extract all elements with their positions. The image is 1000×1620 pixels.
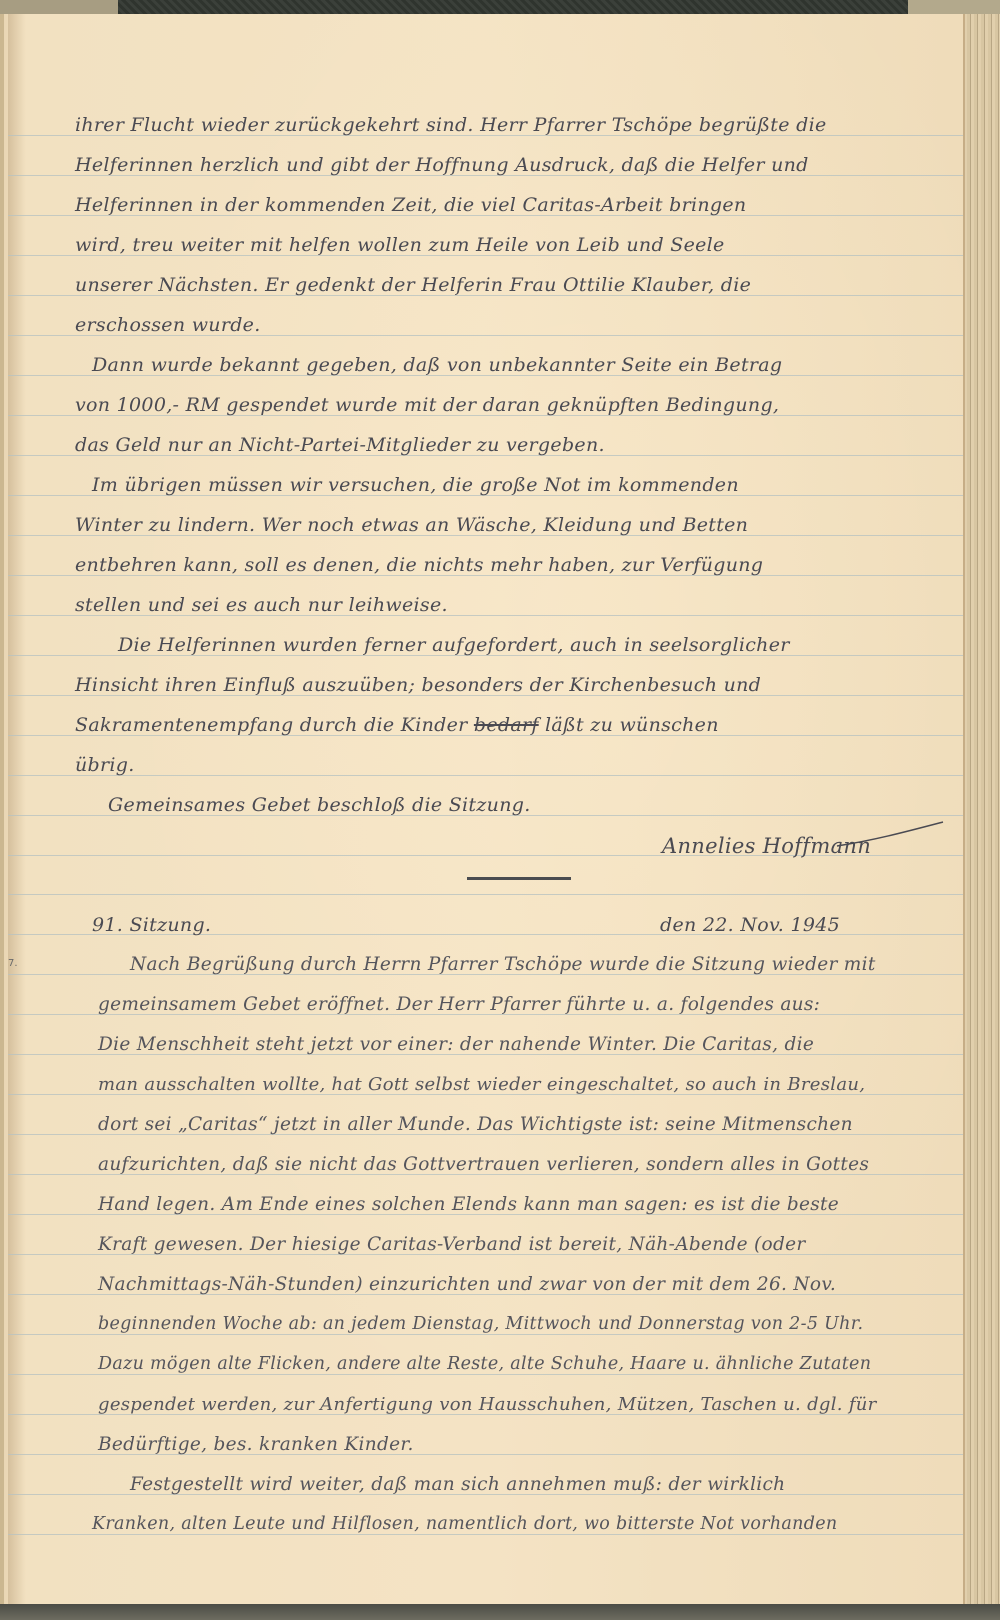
handwritten-line: Kraft gewesen. Der hiesige Caritas-Verba… xyxy=(98,1236,806,1255)
handwritten-line: entbehren kann, soll es denen, die nicht… xyxy=(75,556,763,575)
handwritten-line: erschossen wurde. xyxy=(75,316,261,335)
handwritten-line: übrig. xyxy=(75,756,135,775)
handwritten-line: das Geld nur an Nicht-Partei-Mitglieder … xyxy=(75,436,605,455)
handwritten-line: Nachmittags-Näh-Stunden) einzurichten un… xyxy=(98,1276,836,1295)
handwritten-line: stellen und sei es auch nur leihweise. xyxy=(75,596,448,615)
handwritten-line: Helferinnen in der kommenden Zeit, die v… xyxy=(75,196,746,215)
cover-corner-right xyxy=(908,0,1000,14)
book-bottom-edge xyxy=(0,1604,1000,1620)
handwritten-line: Hand legen. Am Ende eines solchen Elends… xyxy=(98,1196,839,1215)
handwritten-line: wird, treu weiter mit helfen wollen zum … xyxy=(75,236,725,255)
handwritten-line: Kranken, alten Leute und Hilflosen, name… xyxy=(92,1516,837,1534)
handwritten-line: Sakramentenempfang durch die Kinder beda… xyxy=(75,716,719,735)
handwritten-line: Helferinnen herzlich und gibt der Hoffnu… xyxy=(75,156,809,175)
book-cover-spine xyxy=(118,0,908,14)
handwritten-line: beginnenden Woche ab: an jedem Dienstag,… xyxy=(98,1316,863,1334)
signature-flourish xyxy=(835,820,945,850)
ruled-line xyxy=(8,1534,963,1535)
handwritten-line: unserer Nächsten. Er gedenkt der Helferi… xyxy=(75,276,751,295)
ruled-line xyxy=(8,1374,963,1375)
handwritten-line: Die Menschheit steht jetzt vor einer: de… xyxy=(98,1036,814,1055)
gutter-shadow xyxy=(8,14,26,1604)
cover-corner-left xyxy=(0,0,118,14)
handwritten-line: Dann wurde bekannt gegeben, daß von unbe… xyxy=(92,356,782,375)
ruled-line xyxy=(8,894,963,895)
notebook-photo: ihrer Flucht wieder zurückgekehrt sind. … xyxy=(0,0,1000,1620)
meeting-date: den 22. Nov. 1945 xyxy=(660,916,840,935)
handwritten-line: Bedürftige, bes. kranken Kinder. xyxy=(98,1436,414,1455)
text-fragment: läßt zu wünschen xyxy=(545,714,719,736)
handwritten-line: Festgestellt wird weiter, daß man sich a… xyxy=(130,1476,785,1495)
struck-out-word: bedarf xyxy=(474,714,539,736)
ruled-line xyxy=(8,775,963,776)
page-stack-edges xyxy=(960,14,1000,1604)
handwritten-line: Hinsicht ihren Einfluß auszuüben; besond… xyxy=(75,676,761,695)
handwritten-line: Die Helferinnen wurden ferner aufgeforde… xyxy=(118,636,790,655)
handwritten-line: gespendet werden, zur Anfertigung von Ha… xyxy=(98,1396,877,1414)
handwritten-line: man ausschalten wollte, hat Gott selbst … xyxy=(98,1076,865,1094)
handwritten-line: von 1000,- RM gespendet wurde mit der da… xyxy=(75,396,779,415)
handwritten-line: Winter zu lindern. Wer noch etwas an Wäs… xyxy=(75,516,748,535)
ruled-line xyxy=(8,1334,963,1335)
meeting-heading: 91. Sitzung. xyxy=(92,916,211,935)
handwritten-line: dort sei „Caritas“ jetzt in aller Munde.… xyxy=(98,1116,853,1135)
handwritten-line: ihrer Flucht wieder zurückgekehrt sind. … xyxy=(75,116,827,135)
closing-line: Gemeinsames Gebet beschloß die Sitzung. xyxy=(108,796,531,815)
handwritten-line: Dazu mögen alte Flicken, andere alte Res… xyxy=(98,1356,871,1374)
handwritten-line: gemeinsamem Gebet eröffnet. Der Herr Pfa… xyxy=(98,996,820,1015)
margin-mark: 7. xyxy=(8,958,18,969)
text-fragment: Sakramentenempfang durch die Kinder xyxy=(75,714,468,736)
section-divider xyxy=(467,877,571,880)
handwritten-line: Nach Begrüßung durch Herrn Pfarrer Tschö… xyxy=(130,956,876,975)
handwritten-line: aufzurichten, daß sie nicht das Gottvert… xyxy=(98,1156,869,1175)
handwritten-line: Im übrigen müssen wir versuchen, die gro… xyxy=(92,476,739,495)
